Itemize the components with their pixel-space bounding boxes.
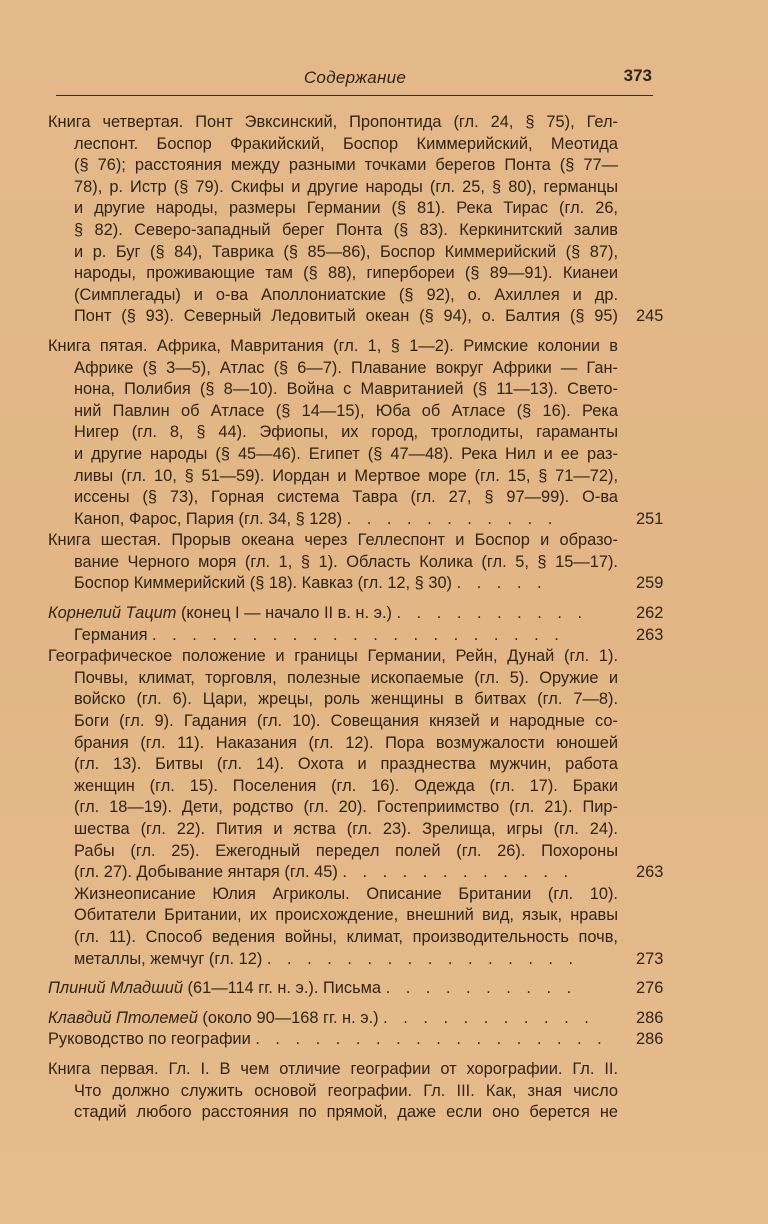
book-page: Содержание 373 Книга четвертая. Понт Эвк…	[0, 0, 768, 1224]
toc-line: женщин (гл. 15). Поселения (гл. 16). Оде…	[74, 776, 618, 798]
toc-line: иссены (§ 73), Горная система Тавра (гл.…	[74, 487, 618, 509]
toc-line-text: металлы, жемчуг (гл. 12)	[74, 950, 262, 968]
toc-line: металлы, жемчуг (гл. 12) . . . . . . . .…	[74, 949, 618, 971]
toc-line: § 82). Северо-западный берег Понта (§ 83…	[74, 220, 618, 242]
toc-line-text: Понт (§ 93). Северный Ледовитый океан (§…	[74, 307, 618, 325]
toc-line: Жизнеописание Юлия Агриколы. Описание Бр…	[74, 884, 618, 906]
toc-entry-germania: Германия . . . . . . . . . . . . . . . .…	[48, 625, 668, 647]
toc-line: Боспор Киммерийский (§ 18). Кавказ (гл. …	[74, 573, 618, 595]
toc-line: Книга пятая. Африка, Мавритания (гл. 1, …	[48, 336, 618, 358]
leader-dots: . . . . . . . . . . . . . . . . . . . . …	[152, 626, 564, 644]
toc-page-ref[interactable]: 245	[636, 306, 668, 328]
toc-page-ref[interactable]: 286	[636, 1008, 668, 1030]
toc-line: шества (гл. 22). Пития и яства (гл. 23).…	[74, 819, 618, 841]
author-dates: (конец I — начало II в. н. э.)	[176, 604, 392, 622]
toc-page-ref[interactable]: 286	[636, 1029, 668, 1051]
toc-line: Плиний Младший (61—114 гг. н. э.). Письм…	[48, 978, 618, 1000]
toc-line: и другие народы (§ 45—46). Египет (§ 47—…	[74, 444, 618, 466]
toc-line: Руководство по географии . . . . . . . .…	[48, 1029, 618, 1051]
toc-page-ref[interactable]: 251	[636, 509, 668, 531]
author-name: Корнелий Тацит	[48, 604, 176, 622]
toc-line: Германия . . . . . . . . . . . . . . . .…	[74, 625, 618, 647]
leader-dots: . . . . . . . . . . . . . . . .	[267, 950, 579, 968]
page-number: 373	[624, 66, 652, 86]
toc-line: Клавдий Птолемей (около 90—168 гг. н. э.…	[48, 1008, 618, 1030]
toc-line-text: Каноп, Фарос, Пария (гл. 34, § 128)	[74, 510, 342, 528]
toc-line: ний Павлин об Атласе (§ 14—15), Юба об А…	[74, 401, 618, 423]
leader-dots: . . . . . . . . . . . . . . . . . .	[255, 1030, 607, 1048]
leader-dots: . . . . . . . . . .	[397, 604, 588, 622]
running-header-title: Содержание	[58, 68, 652, 88]
toc-line: Боги (гл. 9). Гадания (гл. 10). Совещани…	[74, 711, 618, 733]
toc-line: брания (гл. 11). Наказания (гл. 12). Пор…	[74, 733, 618, 755]
header-rule	[56, 95, 653, 96]
toc-entry-book-five: Книга пятая. Африка, Мавритания (гл. 1, …	[48, 336, 668, 530]
author-dates: (около 90—168 гг. н. э.)	[198, 1009, 379, 1027]
toc-page-ref[interactable]: 259	[636, 573, 668, 595]
toc-line: Что должно служить основой географии. Гл…	[74, 1081, 618, 1103]
toc-line: Понт (§ 93). Северный Ледовитый океан (§…	[74, 306, 618, 328]
toc-line: Обитатели Британии, их происхождение, вн…	[74, 905, 618, 927]
leader-dots: . . . . .	[457, 574, 548, 592]
toc-line: Книга шестая. Прорыв океана через Геллес…	[48, 530, 618, 552]
toc-line: (гл. 13). Битвы (гл. 14). Охота и праздн…	[74, 754, 618, 776]
author-dates: (61—114 гг. н. э.). Письма	[183, 979, 381, 997]
toc-line-text: (гл. 27). Добывание янтаря (гл. 45)	[74, 863, 338, 881]
leader-dots: . . . . . . . . . .	[386, 979, 577, 997]
toc-entry-agricola: Жизнеописание Юлия Агриколы. Описание Бр…	[48, 884, 668, 970]
toc-line: (гл. 27). Добывание янтаря (гл. 45) . . …	[74, 862, 618, 884]
toc-entry-book-one: Книга первая. Гл. I. В чем отличие геогр…	[48, 1059, 668, 1124]
toc-line: Рабы (гл. 25). Ежегодный передел полей (…	[74, 841, 618, 863]
toc-entry-ptolemy: Клавдий Птолемей (около 90—168 гг. н. э.…	[48, 1008, 668, 1030]
toc-page-ref[interactable]: 263	[636, 862, 668, 884]
toc-page-ref[interactable]: 276	[636, 978, 668, 1000]
toc-line: Каноп, Фарос, Пария (гл. 34, § 128) . . …	[74, 509, 618, 531]
running-header: Содержание 373	[58, 64, 652, 94]
toc-line: леспонт. Боспор Фракийский, Боспор Кимме…	[74, 134, 618, 156]
toc-line: Корнелий Тацит (конец I — начало II в. н…	[48, 603, 618, 625]
toc-line: Нигер (гл. 8, § 44). Эфиопы, их город, т…	[74, 422, 618, 444]
toc-line: (Симплегады) и о-ва Аполлониатские (§ 92…	[74, 285, 618, 307]
toc-line: Африке (§ 3—5), Атлас (§ 6—7). Плавание …	[74, 358, 618, 380]
toc-line: Книга первая. Гл. I. В чем отличие геогр…	[48, 1059, 618, 1081]
author-name: Плиний Младший	[48, 979, 183, 997]
toc-entry-book-six: Книга шестая. Прорыв океана через Геллес…	[48, 530, 668, 595]
table-of-contents: Книга четвертая. Понт Эвксинский, Пропон…	[48, 112, 668, 1124]
toc-line: Географическое положение и границы Герма…	[48, 646, 618, 668]
toc-entry-book-four: Книга четвертая. Понт Эвксинский, Пропон…	[48, 112, 668, 328]
work-title: Руководство по географии	[48, 1030, 251, 1048]
toc-entry-germania-contents: Географическое положение и границы Герма…	[48, 646, 668, 884]
toc-line: ливы (гл. 10, § 51—59). Иордан и Мертвое…	[74, 466, 618, 488]
toc-line: Почвы, климат, торговля, полезные ископа…	[74, 668, 618, 690]
toc-entry-geography-guide: Руководство по географии . . . . . . . .…	[48, 1029, 668, 1051]
leader-dots: . . . . . . . . . . . .	[342, 863, 573, 881]
toc-page-ref[interactable]: 262	[636, 603, 668, 625]
toc-line: и другие народы, размеры Германии (§ 81)…	[74, 198, 618, 220]
toc-entry-pliny-younger: Плиний Младший (61—114 гг. н. э.). Письм…	[48, 978, 668, 1000]
toc-line: нона, Полибия (§ 8—10). Война с Мавритан…	[74, 379, 618, 401]
work-title: Германия	[74, 626, 147, 644]
toc-line: и р. Буг (§ 84), Таврика (§ 85—86), Босп…	[74, 242, 618, 264]
toc-line: (§ 76); расстояния между разными точками…	[74, 155, 618, 177]
toc-page-ref[interactable]: 263	[636, 625, 668, 647]
toc-line: (гл. 11). Способ ведения войны, климат, …	[74, 927, 618, 949]
toc-line: войско (гл. 6). Цари, жрецы, роль женщин…	[74, 689, 618, 711]
leader-dots: . . . . . . . . . . .	[383, 1009, 594, 1027]
toc-line: 78), р. Истр (§ 79). Скифы и другие наро…	[74, 177, 618, 199]
author-name: Клавдий Птолемей	[48, 1009, 198, 1027]
toc-line: стадий любого расстояния по прямой, даже…	[74, 1102, 618, 1124]
toc-entry-tacitus: Корнелий Тацит (конец I — начало II в. н…	[48, 603, 668, 625]
toc-line: Книга четвертая. Понт Эвксинский, Пропон…	[48, 112, 618, 134]
leader-dots: . . . . . . . . . . .	[347, 510, 558, 528]
toc-line: вание Черного моря (гл. 1, § 1). Область…	[74, 552, 618, 574]
toc-line-text: Боспор Киммерийский (§ 18). Кавказ (гл. …	[74, 574, 452, 592]
toc-line: народы, проживающие там (§ 88), гипербор…	[74, 263, 618, 285]
toc-line: (гл. 18—19). Дети, родство (гл. 20). Гос…	[74, 797, 618, 819]
toc-page-ref[interactable]: 273	[636, 949, 668, 971]
